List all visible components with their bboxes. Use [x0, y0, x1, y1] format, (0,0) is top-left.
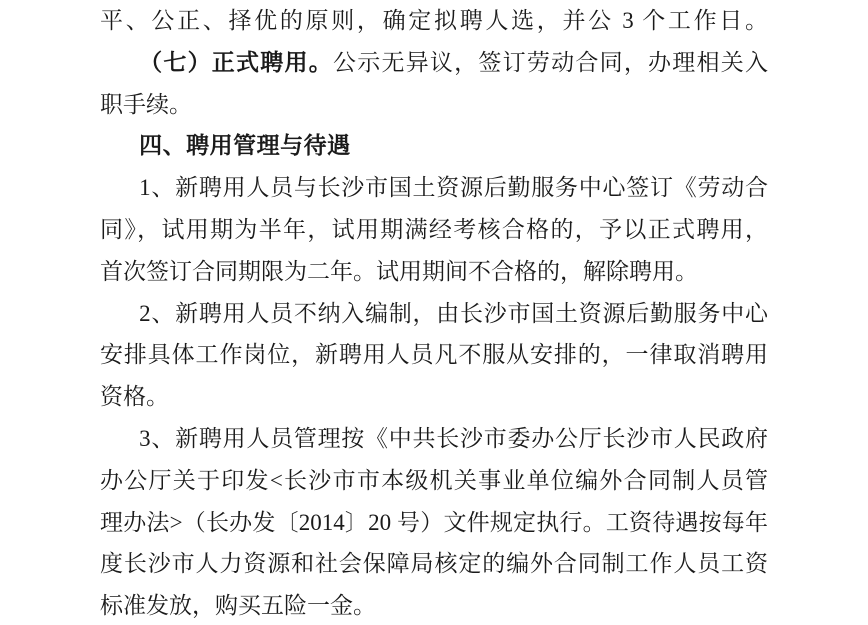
document-line: 资格。 [100, 376, 768, 418]
document-line: 1、新聘用人员与长沙市国土资源后勤服务中心签订《劳动合 [100, 167, 768, 209]
text-run: 理办法>（长办发〔2014〕20 号）文件规定执行。工资待遇按每年 [100, 510, 768, 535]
document-line: 标准发放，购买五险一金。 [100, 585, 768, 625]
text-run: 职手续。 [100, 92, 192, 117]
document-line: 同》，试用期为半年，试用期满经考核合格的，予以正式聘用， [100, 209, 768, 251]
document-line: 3、新聘用人员管理按《中共长沙市委办公厅长沙市人民政府 [100, 418, 768, 460]
section-heading-line: 四、聘用管理与待遇 [100, 125, 768, 167]
document-line: 理办法>（长办发〔2014〕20 号）文件规定执行。工资待遇按每年 [100, 502, 768, 544]
text-run: 平、公正、择优的原则，确定拟聘人选，并公 3 个工作日。 [100, 8, 768, 33]
text-run: 公示无异议，签订劳动合同，办理相关入 [333, 50, 768, 75]
bold-text-run: （七）正式聘用。 [139, 50, 333, 75]
text-run: 2、新聘用人员不纳入编制，由长沙市国土资源后勤服务中心 [139, 301, 768, 326]
document-line: 首次签订合同期限为二年。试用期间不合格的，解除聘用。 [100, 251, 768, 293]
document-text-block: 平、公正、择优的原则，确定拟聘人选，并公 3 个工作日。（七）正式聘用。公示无异… [100, 0, 768, 625]
text-run: 办公厅关于印发<长沙市市本级机关事业单位编外合同制人员管 [100, 468, 768, 493]
text-run: 资格。 [100, 384, 169, 409]
text-run: 安排具体工作岗位，新聘用人员凡不服从安排的，一律取消聘用 [100, 342, 768, 367]
text-run: 1、新聘用人员与长沙市国土资源后勤服务中心签订《劳动合 [139, 175, 768, 200]
text-run: 度长沙市人力资源和社会保障局核定的编外合同制工作人员工资 [100, 551, 768, 576]
bold-text-run: 四、聘用管理与待遇 [139, 132, 351, 158]
document-line: 度长沙市人力资源和社会保障局核定的编外合同制工作人员工资 [100, 543, 768, 585]
text-run: 同》，试用期为半年，试用期满经考核合格的，予以正式聘用， [100, 217, 768, 242]
document-line: 职手续。 [100, 84, 768, 126]
text-run: 标准发放，购买五险一金。 [100, 593, 376, 618]
document-page: 平、公正、择优的原则，确定拟聘人选，并公 3 个工作日。（七）正式聘用。公示无异… [0, 0, 868, 625]
document-line: 2、新聘用人员不纳入编制，由长沙市国土资源后勤服务中心 [100, 293, 768, 335]
document-line: （七）正式聘用。公示无异议，签订劳动合同，办理相关入 [100, 42, 768, 84]
text-run: 首次签订合同期限为二年。试用期间不合格的，解除聘用。 [100, 259, 698, 284]
document-line: 办公厅关于印发<长沙市市本级机关事业单位编外合同制人员管 [100, 460, 768, 502]
document-line: 安排具体工作岗位，新聘用人员凡不服从安排的，一律取消聘用 [100, 334, 768, 376]
document-line: 平、公正、择优的原则，确定拟聘人选，并公 3 个工作日。 [100, 0, 768, 42]
text-run: 3、新聘用人员管理按《中共长沙市委办公厅长沙市人民政府 [139, 426, 768, 451]
